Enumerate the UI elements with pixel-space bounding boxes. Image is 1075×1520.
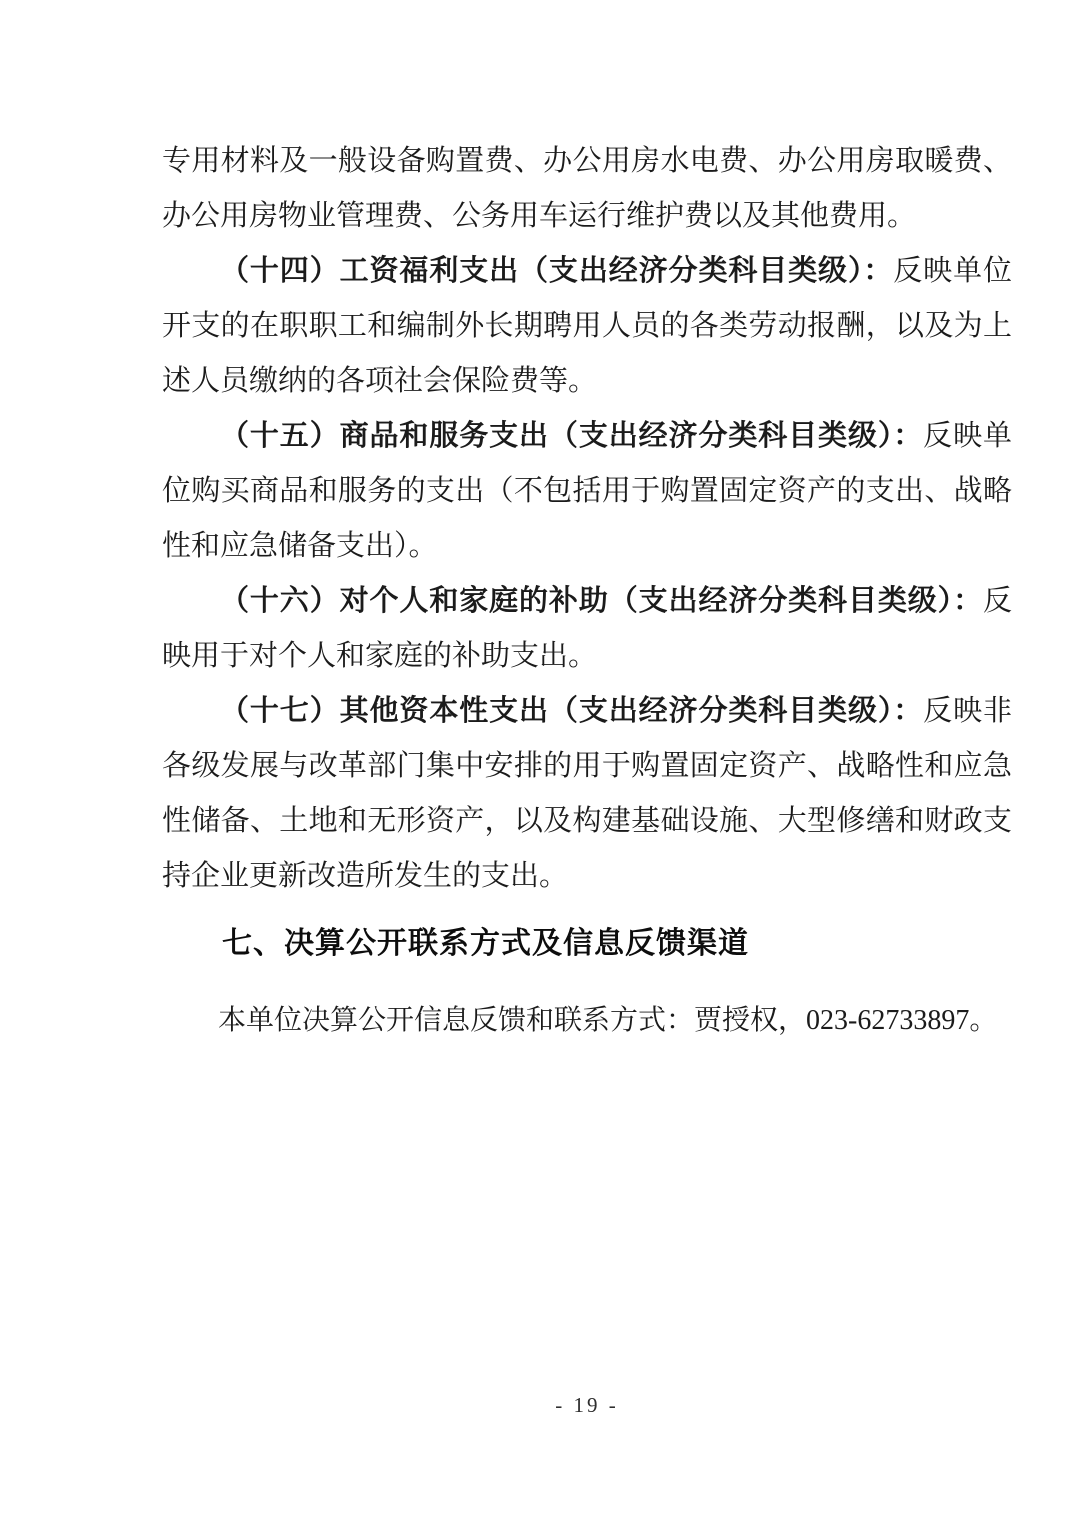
paragraph-lead: （十七）其他资本性支出（支出经济分类科目类级）： — [220, 695, 923, 727]
page-footer: - 19 - — [162, 1393, 1012, 1418]
paragraph-item-17: （十七）其他资本性支出（支出经济分类科目类级）：反映非各级发展与改革部门集中安排… — [162, 684, 1012, 904]
page-number: - 19 - — [555, 1393, 619, 1417]
paragraph-continuation: 专用材料及一般设备购置费、办公用房水电费、办公用房取暖费、办公用房物业管理费、公… — [162, 134, 1012, 244]
paragraph-lead: （十六）对个人和家庭的补助（支出经济分类科目类级）： — [220, 585, 983, 617]
paragraph-lead: （十五）商品和服务支出（支出经济分类科目类级）： — [220, 420, 923, 452]
paragraph-item-14: （十四）工资福利支出（支出经济分类科目类级）：反映单位开支的在职职工和编制外长期… — [162, 244, 1012, 409]
paragraph-item-15: （十五）商品和服务支出（支出经济分类科目类级）：反映单位购买商品和服务的支出（不… — [162, 409, 1012, 574]
document-page: 专用材料及一般设备购置费、办公用房水电费、办公用房取暖费、办公用房物业管理费、公… — [0, 0, 1075, 1520]
document-body: 专用材料及一般设备购置费、办公用房水电费、办公用房取暖费、办公用房物业管理费、公… — [162, 134, 1012, 1048]
paragraph-item-16: （十六）对个人和家庭的补助（支出经济分类科目类级）：反映用于对个人和家庭的补助支… — [162, 574, 1012, 684]
paragraph-lead: （十四）工资福利支出（支出经济分类科目类级）： — [220, 255, 893, 287]
section-heading: 七、决算公开联系方式及信息反馈渠道 — [162, 916, 1012, 971]
contact-paragraph: 本单位决算公开信息反馈和联系方式：贾授权，023-62733897。 — [162, 993, 1012, 1048]
paragraph-text: 专用材料及一般设备购置费、办公用房水电费、办公用房取暖费、办公用房物业管理费、公… — [162, 145, 1012, 232]
